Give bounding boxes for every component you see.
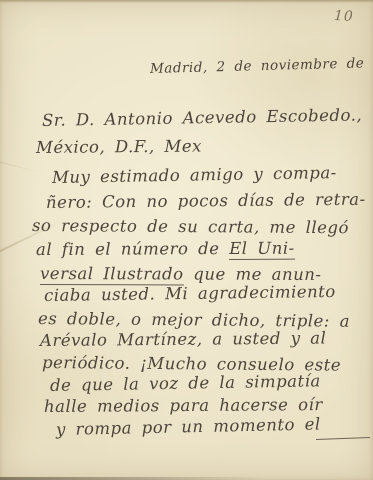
recipient-address-line: México, D.F., Mex (36, 137, 202, 157)
body-line: ñero: Con no pocos días de retra- (46, 190, 366, 212)
body-line: al fin el número de El Uni- (36, 239, 295, 259)
underlined-publication-title: El Uni- (229, 239, 295, 260)
body-line: halle medios para hacerse oír (44, 395, 323, 416)
body-line: so respecto de su carta, me llegó (32, 216, 349, 237)
scan-top-edge-shadow (0, 0, 373, 3)
body-line-text: que me anun- (184, 265, 322, 284)
page-number: 10 (334, 8, 355, 25)
scanned-letter-page: 10 Madrid, 2 de noviembre de 1931 Sr. D.… (0, 0, 373, 480)
body-line-text: al fin el número de (36, 239, 229, 259)
body-line: es doble, o mejor dicho, triple: a (38, 309, 350, 331)
underlined-publication-title: versal Ilustrado (40, 264, 184, 286)
body-line: versal Ilustrado que me anun- (40, 264, 322, 284)
body-line: Arévalo Martínez, a usted y al (40, 329, 326, 350)
body-line: ciaba usted. Mi agradecimiento (44, 282, 336, 305)
